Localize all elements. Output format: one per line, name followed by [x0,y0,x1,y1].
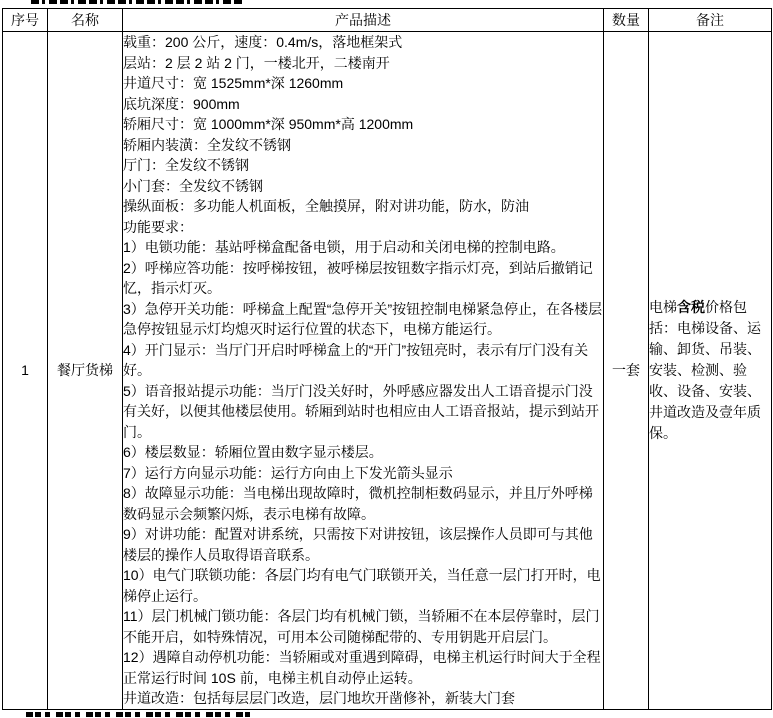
header-remark: 备注 [649,9,772,32]
description-paragraph: 10）电气门联锁功能：各层门均有电气门联锁开关，当任意一层门打开时，电梯停止运行… [123,565,603,606]
description-paragraph: 5）语音报站提示功能：当厅门没关好时，外呼感应器发出人工语音提示门没有关好，以便… [123,381,603,443]
description-paragraph: 6）楼层数显：轿厢位置由数字显示楼层。 [123,442,603,463]
cell-name: 餐厅货梯 [48,32,123,710]
description-paragraph: 层站：2 层 2 站 2 门，一楼北开，二楼南开 [123,53,603,74]
description-paragraph: 7）运行方向显示功能：运行方向由上下发光箭头显示 [123,463,603,484]
cell-description: 载重：200 公斤，速度：0.4m/s，落地框架式 层站：2 层 2 站 2 门… [123,32,604,710]
cell-quantity: 一套 [604,32,649,710]
description-paragraph: 3）急停开关功能：呼梯盒上配置“急停开关”按钮控制电梯紧急停止，在各楼层急停按钮… [123,299,603,340]
description-paragraph: 轿厢内装潢：全发纹不锈钢 [123,135,603,156]
description-paragraph: 4）开门显示：当厅门开启时呼梯盒上的“开门”按钮亮时，表示有厅门没有关好。 [123,340,603,381]
remark-text-bold: 含税 [677,299,705,315]
clipped-text-top [31,0,245,4]
remark-text-prefix: 电梯 [649,299,677,315]
description-paragraphs: 载重：200 公斤，速度：0.4m/s，落地框架式 层站：2 层 2 站 2 门… [123,32,603,709]
header-name: 名称 [48,9,123,32]
description-paragraph: 厅门：全发纹不锈钢 [123,155,603,176]
description-paragraph: 2）呼梯应答功能：按呼梯按钮，被呼梯层按钮数字指示灯亮，到站后撤销记忆，指示灯灭… [123,258,603,299]
description-paragraph: 8）故障显示功能：当电梯出现故障时，微机控制柜数码显示，并且厅外呼梯数码显示会频… [123,483,603,524]
cell-remark: 电梯含税价格包括：电梯设备、运输、卸货、吊装、安装、检测、验收、设备、安装、井道… [649,32,772,710]
product-spec-table: 序号 名称 产品描述 数量 备注 1 餐厅货梯 载重：200 公斤，速度：0.4… [2,8,772,710]
description-paragraph: 12）遇障自动停机功能：当轿厢或对重遇到障碍，电梯主机运行时间大于全程正常运行时… [123,647,603,688]
clipped-text-bottom [26,712,250,717]
description-paragraph: 1）电锁功能：基站呼梯盒配备电锁，用于启动和关闭电梯的控制电路。 [123,237,603,258]
remark-text-rest: 价格包括：电梯设备、运输、卸货、吊装、安装、检测、验收、设备、安装、井道改造及壹… [649,299,761,441]
table-row: 1 餐厅货梯 载重：200 公斤，速度：0.4m/s，落地框架式 层站：2 层 … [3,32,772,710]
header-quantity: 数量 [604,9,649,32]
cell-index: 1 [3,32,48,710]
header-row: 序号 名称 产品描述 数量 备注 [3,9,772,32]
description-paragraph: 9）对讲功能：配置对讲系统，只需按下对讲按钮，该层操作人员即可与其他楼层的操作人… [123,524,603,565]
description-paragraph: 载重：200 公斤，速度：0.4m/s，落地框架式 [123,32,603,53]
description-paragraph: 小门套：全发纹不锈钢 [123,176,603,197]
description-paragraph: 11）层门机械门锁功能：各层门均有机械门锁，当轿厢不在本层停靠时，层门不能开启，… [123,606,603,647]
description-paragraph: 井道改造：包括每层层门改造，层门地坎开凿修补，新装大门套 [123,688,603,709]
document-page: 序号 名称 产品描述 数量 备注 1 餐厅货梯 载重：200 公斤，速度：0.4… [0,0,773,718]
description-paragraph: 轿厢尺寸：宽 1000mm*深 950mm*高 1200mm [123,114,603,135]
header-description: 产品描述 [123,9,604,32]
description-paragraph: 操纵面板：多功能人机面板，全触摸屏，附对讲功能，防水，防油 [123,196,603,217]
header-index: 序号 [3,9,48,32]
description-paragraph: 井道尺寸：宽 1525mm*深 1260mm [123,73,603,94]
description-paragraph: 底坑深度：900mm [123,94,603,115]
description-paragraph: 功能要求： [123,217,603,238]
